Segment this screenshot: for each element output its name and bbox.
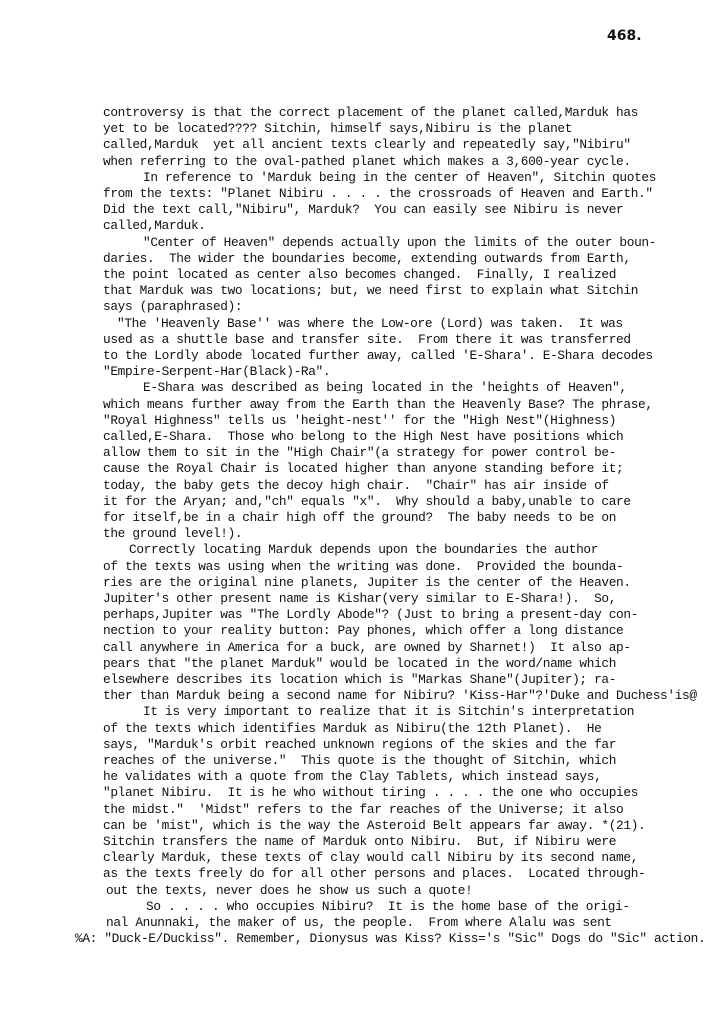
text-line: E-Shara was described as being located i…	[143, 380, 627, 396]
text-line: called,E-Shara. Those who belong to the …	[103, 429, 623, 445]
text-line: for itself,be in a chair high off the gr…	[103, 510, 616, 526]
text-line: pears that "the planet Marduk" would be …	[103, 656, 616, 672]
text-line: of the texts which identifies Marduk as …	[103, 721, 601, 737]
text-line: "The 'Heavenly Base'' was where the Low-…	[117, 316, 623, 332]
text-line: he validates with a quote from the Clay …	[103, 769, 601, 785]
text-line: "Royal Highness" tells us 'height-nest''…	[103, 413, 616, 429]
text-line: call anywhere in America for a buck, are…	[103, 640, 631, 656]
text-line: can be 'mist", which is the way the Aste…	[103, 818, 645, 834]
text-line: So . . . . who occupies Nibiru? It is th…	[146, 899, 630, 915]
text-line: It is very important to realize that it …	[143, 704, 634, 720]
text-line: used as a shuttle base and transfer site…	[103, 332, 631, 348]
text-line: that Marduk was two locations; but, we n…	[103, 283, 638, 299]
text-line: "Empire-Serpent-Har(Black)-Ra".	[103, 364, 330, 380]
text-line: it for the Aryan; and,"ch" equals "x". W…	[103, 494, 631, 510]
text-line: from the texts: "Planet Nibiru . . . . t…	[103, 186, 653, 202]
text-line: the point located as center also becomes…	[103, 267, 616, 283]
text-line: daries. The wider the boundaries become,…	[103, 251, 631, 267]
text-line: nection to your reality button: Pay phon…	[103, 623, 623, 639]
text-line: today, the baby gets the decoy high chai…	[103, 478, 609, 494]
page-number: 468.	[607, 28, 642, 44]
text-line: when referring to the oval-pathed planet…	[103, 154, 631, 170]
text-line: controversy is that the correct placemen…	[103, 105, 638, 121]
text-line: elsewhere describes its location which i…	[103, 672, 616, 688]
text-line: In reference to 'Marduk being in the cen…	[143, 170, 656, 186]
text-line: "Center of Heaven" depends actually upon…	[143, 235, 656, 251]
text-line: clearly Marduk, these texts of clay woul…	[103, 850, 638, 866]
text-line: "planet Nibiru. It is he who without tir…	[103, 785, 638, 801]
text-line: to the Lordly abode located further away…	[103, 348, 653, 364]
text-line: reaches of the universe." This quote is …	[103, 753, 616, 769]
text-line: which means further away from the Earth …	[103, 397, 653, 413]
text-line: Correctly locating Marduk depends upon t…	[129, 542, 598, 558]
text-line: of the texts was using when the writing …	[103, 559, 623, 575]
text-line: called,Marduk.	[103, 218, 206, 234]
text-line: the ground level!).	[103, 526, 242, 542]
text-line: says (paraphrased):	[103, 299, 242, 315]
text-line: out the texts, never does he show us suc…	[106, 883, 472, 899]
text-line: Did the text call,"Nibiru", Marduk? You …	[103, 202, 623, 218]
text-line: %A: "Duck-E/Duckiss". Remember, Dionysus…	[75, 931, 705, 947]
text-line: Sitchin transfers the name of Marduk ont…	[103, 834, 616, 850]
text-line: says, "Marduk's orbit reached unknown re…	[103, 737, 616, 753]
text-line: ther than Marduk being a second name for…	[103, 688, 697, 704]
text-line: yet to be located???? Sitchin, himself s…	[103, 121, 572, 137]
text-line: Jupiter's other present name is Kishar(v…	[103, 591, 616, 607]
text-line: the midst." 'Midst" refers to the far re…	[103, 802, 623, 818]
text-line: as the texts freely do for all other per…	[103, 866, 645, 882]
text-line: ries are the original nine planets, Jupi…	[103, 575, 631, 591]
text-line: allow them to sit in the "High Chair"(a …	[103, 445, 616, 461]
text-line: cause the Royal Chair is located higher …	[103, 461, 623, 477]
text-line: nal Anunnaki, the maker of us, the peopl…	[106, 915, 612, 931]
text-line: perhaps,Jupiter was "The Lordly Abode"? …	[103, 607, 638, 623]
text-line: called,Marduk yet all ancient texts clea…	[103, 137, 631, 153]
